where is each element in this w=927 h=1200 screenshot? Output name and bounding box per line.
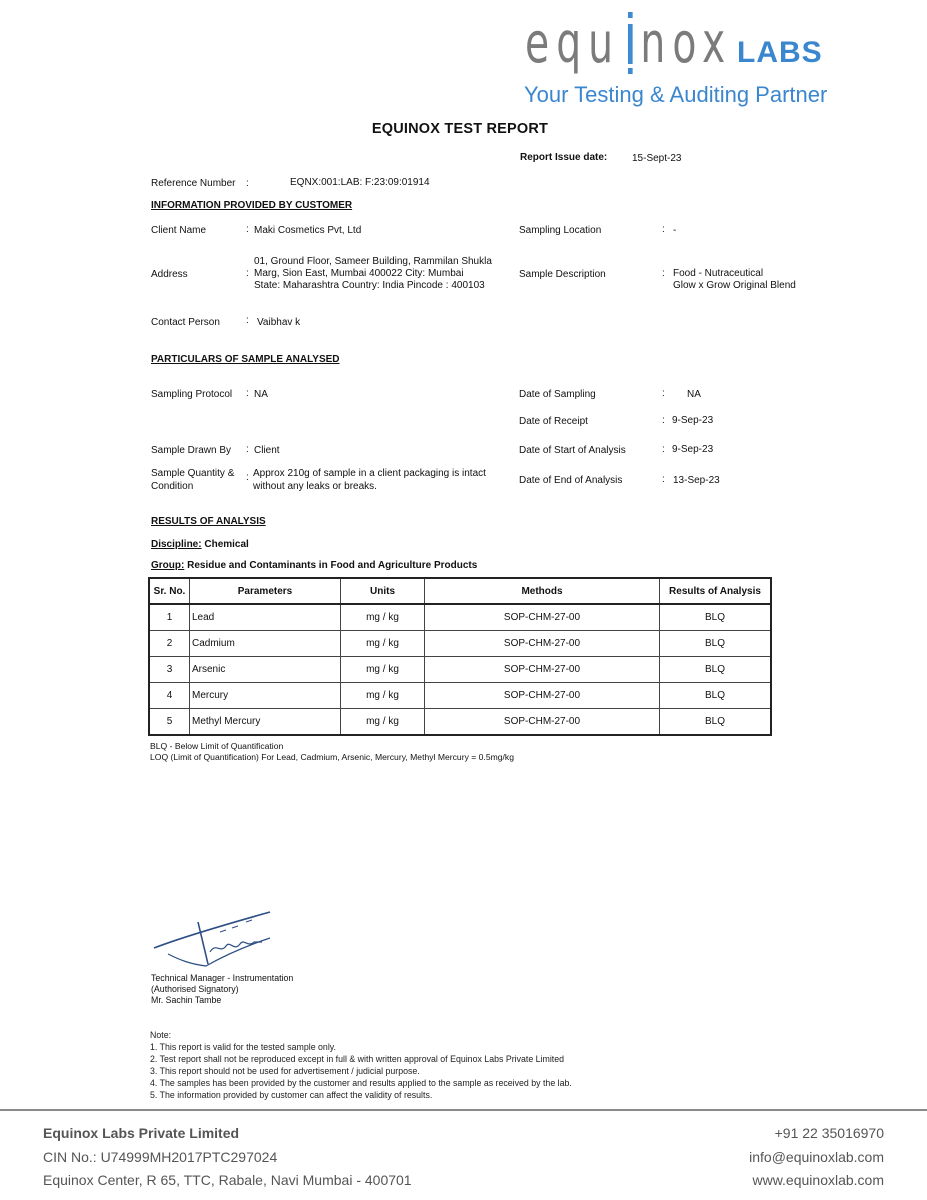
date-sampling-value: NA	[687, 389, 701, 401]
logo-text-left: equ	[525, 11, 620, 76]
address-label: Address	[151, 269, 188, 281]
cell-sr: 4	[149, 683, 190, 709]
table-row: 1Leadmg / kgSOP-CHM-27-00BLQ	[149, 604, 771, 631]
notes-title: Note:	[150, 1029, 572, 1041]
cell-result: BLQ	[660, 604, 772, 631]
date-sampling-label: Date of Sampling	[519, 389, 596, 401]
sampling-protocol-value: NA	[254, 389, 268, 401]
table-row: 2Cadmiummg / kgSOP-CHM-27-00BLQ	[149, 631, 771, 657]
table-row: 3Arsenicmg / kgSOP-CHM-27-00BLQ	[149, 657, 771, 683]
cell-parameter: Mercury	[190, 683, 341, 709]
cell-units: mg / kg	[341, 604, 425, 631]
signatory-role: (Authorised Signatory)	[151, 984, 293, 995]
cell-units: mg / kg	[341, 631, 425, 657]
address-line: Marg, Sion East, Mumbai 400022 City: Mum…	[254, 268, 492, 280]
date-start-label: Date of Start of Analysis	[519, 445, 626, 457]
quantity-line: without any leaks or breaks.	[253, 480, 486, 493]
quantity-label-line: Sample Quantity &	[151, 467, 234, 480]
results-table: Sr. No. Parameters Units Methods Results…	[148, 577, 772, 736]
cell-result: BLQ	[660, 657, 772, 683]
footer-phone[interactable]: +91 22 35016970	[775, 1125, 884, 1141]
footer-email[interactable]: info@equinoxlab.com	[749, 1149, 884, 1165]
sampling-location-value: -	[673, 225, 676, 237]
signatory-block: Technical Manager - Instrumentation (Aut…	[151, 973, 293, 1006]
quantity-line: Approx 210g of sample in a client packag…	[253, 467, 486, 480]
logo-i-bar-icon	[628, 24, 633, 64]
cell-sr: 2	[149, 631, 190, 657]
cell-units: mg / kg	[341, 657, 425, 683]
date-end-label: Date of End of Analysis	[519, 475, 622, 487]
note-item: 1. This report is valid for the tested s…	[150, 1041, 572, 1053]
client-name-value: Maki Cosmetics Pvt, Ltd	[254, 225, 361, 237]
issue-date-value: 15-Sept-23	[632, 153, 681, 165]
quantity-value: Approx 210g of sample in a client packag…	[253, 467, 486, 493]
customer-section-title: INFORMATION PROVIDED BY CUSTOMER	[151, 200, 352, 211]
discipline-value: Chemical	[204, 539, 248, 550]
group-value: Residue and Contaminants in Food and Agr…	[187, 560, 477, 571]
footer-company: Equinox Labs Private Limited	[43, 1125, 239, 1141]
signatory-name: Mr. Sachin Tambe	[151, 995, 293, 1006]
logo-text-right: nox	[640, 11, 732, 76]
cell-method: SOP-CHM-27-00	[425, 604, 660, 631]
logo-labs-label: LABS	[737, 36, 823, 69]
date-start-value: 9-Sep-23	[672, 444, 713, 456]
colon: :	[662, 224, 665, 235]
results-section-title: RESULTS OF ANALYSIS	[151, 516, 266, 527]
footer-divider	[0, 1109, 927, 1111]
address-value: 01, Ground Floor, Sameer Building, Rammi…	[254, 256, 492, 292]
note-item: 3. This report should not be used for ad…	[150, 1065, 572, 1077]
sampling-location-label: Sampling Location	[519, 225, 601, 237]
address-line: 01, Ground Floor, Sameer Building, Rammi…	[254, 256, 492, 268]
quantity-label: Sample Quantity & Condition	[151, 467, 234, 493]
issue-date-label: Report Issue date:	[520, 152, 607, 163]
cell-units: mg / kg	[341, 683, 425, 709]
reference-colon: :	[246, 178, 249, 189]
note-item: 4. The samples has been provided by the …	[150, 1077, 572, 1089]
cell-result: BLQ	[660, 709, 772, 736]
sampling-protocol-label: Sampling Protocol	[151, 389, 232, 401]
colon: :	[246, 472, 249, 483]
cell-parameter: Cadmium	[190, 631, 341, 657]
footer-website[interactable]: www.equinoxlab.com	[752, 1172, 884, 1188]
cell-parameter: Lead	[190, 604, 341, 631]
colon: :	[246, 315, 249, 326]
results-footnotes: BLQ - Below Limit of Quantification LOQ …	[150, 741, 514, 763]
reference-label: Reference Number	[151, 178, 235, 190]
cell-method: SOP-CHM-27-00	[425, 657, 660, 683]
colon: :	[246, 444, 249, 455]
group-label: Group:	[151, 560, 184, 571]
colon: :	[246, 268, 249, 279]
colon: :	[246, 224, 249, 235]
discipline: Discipline: Chemical	[151, 539, 249, 550]
footnote: BLQ - Below Limit of Quantification	[150, 741, 514, 752]
quantity-label-line: Condition	[151, 480, 234, 493]
report-title: EQUINOX TEST REPORT	[0, 121, 920, 137]
address-line: State: Maharashtra Country: India Pincod…	[254, 280, 492, 292]
description-line: Food - Nutraceutical	[673, 268, 796, 280]
sample-description-value: Food - Nutraceutical Glow x Grow Origina…	[673, 268, 796, 292]
cell-parameter: Methyl Mercury	[190, 709, 341, 736]
cell-sr: 5	[149, 709, 190, 736]
cell-result: BLQ	[660, 631, 772, 657]
client-name-label: Client Name	[151, 225, 206, 237]
note-item: 5. The information provided by customer …	[150, 1089, 572, 1101]
cell-parameter: Arsenic	[190, 657, 341, 683]
colon: :	[246, 388, 249, 399]
equinox-logo-wordmark: equnox	[525, 12, 732, 76]
discipline-label: Discipline:	[151, 539, 202, 550]
note-item: 2. Test report shall not be reproduced e…	[150, 1053, 572, 1065]
sample-section-title: PARTICULARS OF SAMPLE ANALYSED	[151, 354, 340, 365]
cell-sr: 3	[149, 657, 190, 683]
contact-label: Contact Person	[151, 317, 220, 329]
date-receipt-label: Date of Receipt	[519, 416, 588, 428]
signature-image	[150, 908, 280, 974]
colon: :	[662, 474, 665, 485]
logo-labs-text: LABS	[737, 36, 823, 70]
cell-result: BLQ	[660, 683, 772, 709]
col-header-results: Results of Analysis	[660, 578, 772, 604]
reference-value: EQNX:001:LAB: F:23:09:01914	[290, 177, 430, 189]
signatory-title: Technical Manager - Instrumentation	[151, 973, 293, 984]
footer-cin: CIN No.: U74999MH2017PTC297024	[43, 1149, 277, 1165]
date-receipt-value: 9-Sep-23	[672, 415, 713, 427]
table-row: 5Methyl Mercurymg / kgSOP-CHM-27-00BLQ	[149, 709, 771, 736]
notes-block: Note: 1. This report is valid for the te…	[150, 1029, 572, 1101]
sample-description-label: Sample Description	[519, 269, 606, 281]
col-header-parameters: Parameters	[190, 578, 341, 604]
contact-value: Vaibhav k	[257, 317, 300, 329]
col-header-sr: Sr. No.	[149, 578, 190, 604]
date-end-value: 13-Sep-23	[673, 475, 720, 487]
colon: :	[662, 388, 665, 399]
logo-tagline: Your Testing & Auditing Partner	[524, 82, 827, 108]
drawn-by-value: Client	[254, 445, 280, 457]
colon: :	[662, 268, 665, 279]
description-line: Glow x Grow Original Blend	[673, 280, 796, 292]
cell-method: SOP-CHM-27-00	[425, 709, 660, 736]
table-header-row: Sr. No. Parameters Units Methods Results…	[149, 578, 771, 604]
drawn-by-label: Sample Drawn By	[151, 445, 231, 457]
cell-sr: 1	[149, 604, 190, 631]
colon: :	[662, 444, 665, 455]
table-row: 4Mercurymg / kgSOP-CHM-27-00BLQ	[149, 683, 771, 709]
cell-method: SOP-CHM-27-00	[425, 683, 660, 709]
group: Group: Residue and Contaminants in Food …	[151, 560, 477, 571]
footer-address: Equinox Center, R 65, TTC, Rabale, Navi …	[43, 1172, 412, 1188]
footnote: LOQ (Limit of Quantification) For Lead, …	[150, 752, 514, 763]
colon: :	[662, 415, 665, 426]
cell-units: mg / kg	[341, 709, 425, 736]
col-header-units: Units	[341, 578, 425, 604]
col-header-methods: Methods	[425, 578, 660, 604]
cell-method: SOP-CHM-27-00	[425, 631, 660, 657]
